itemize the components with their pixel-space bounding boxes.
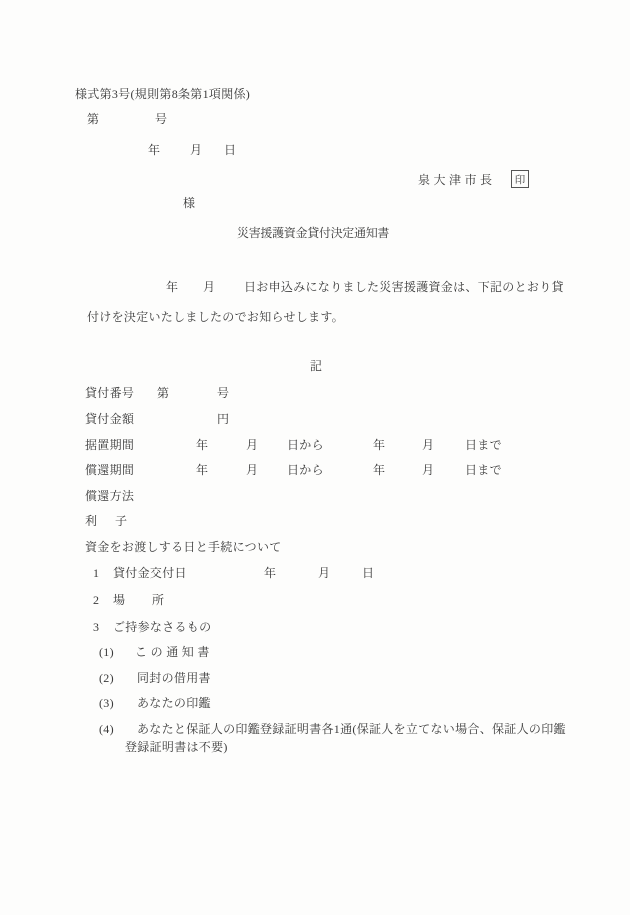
grace-from-month-label: 月	[246, 438, 258, 452]
issuer-mayor-name: 泉大津市長	[418, 173, 496, 187]
repayment-from-year-label: 年	[196, 463, 208, 477]
application-date-month-label: 月	[203, 280, 215, 294]
bring-item2-text: 同封の借用書	[137, 671, 211, 685]
grace-period-label: 据置期間	[85, 438, 134, 452]
document-title: 災害援護資金貸付決定通知書	[237, 226, 389, 240]
loan-amount-label: 貸付金額	[85, 412, 134, 426]
loan-number-suffix: 号	[217, 386, 229, 400]
bring-item4-text-line2: 登録証明書は不要)	[125, 740, 228, 754]
application-date-year-label: 年	[166, 280, 178, 294]
doc-number-prefix: 第	[87, 112, 99, 126]
procedure-item1-label: 貸付金交付日	[113, 566, 187, 580]
bring-item4-number: (4)	[99, 722, 114, 736]
procedure-item2-number: 2	[93, 593, 99, 607]
official-seal-mark: 印	[511, 170, 529, 188]
bring-item1-number: (1)	[99, 645, 114, 659]
repayment-to-day-label: 日まで	[465, 463, 502, 477]
repayment-to-year-label: 年	[373, 463, 385, 477]
delivery-date-day-label: 日	[362, 566, 374, 580]
interest-label-left: 利	[85, 514, 97, 528]
grace-from-day-label: 日から	[287, 438, 324, 452]
procedure-item3-label: ご持参なさるもの	[113, 620, 211, 634]
interest-label-right: 子	[115, 514, 127, 528]
procedure-item3-number: 3	[93, 620, 99, 634]
repayment-from-month-label: 月	[246, 463, 258, 477]
loan-number-label: 貸付番号	[85, 386, 134, 400]
grace-to-month-label: 月	[422, 438, 434, 452]
repayment-method-label: 償還方法	[85, 489, 134, 503]
body-paragraph-line1: 日お申込みになりました災害援護資金は、下記のとおり貸	[244, 280, 564, 294]
repayment-period-label: 償還期間	[85, 463, 134, 477]
bring-item3-number: (3)	[99, 696, 114, 710]
issue-date-year-label: 年	[148, 143, 160, 157]
issue-date-month-label: 月	[190, 143, 202, 157]
ki-section-heading: 記	[310, 359, 322, 373]
repayment-to-month-label: 月	[422, 463, 434, 477]
bring-item1-text: こ の 通 知 書	[135, 645, 210, 659]
procedure-item2-label-right: 所	[152, 593, 164, 607]
procedure-item2-label-left: 場	[113, 593, 125, 607]
loan-amount-yen-label: 円	[217, 412, 229, 426]
grace-to-day-label: 日まで	[465, 438, 502, 452]
doc-number-suffix: 号	[155, 112, 167, 126]
body-paragraph-line2: 付けを決定いたしましたのでお知らせします。	[87, 310, 344, 324]
loan-number-prefix: 第	[157, 386, 169, 400]
repayment-from-day-label: 日から	[287, 463, 324, 477]
document-page: 様式第3号(規則第8条第1項関係) 第 号 年 月 日 泉大津市長 印 様 災害…	[0, 0, 630, 915]
issue-date-day-label: 日	[224, 143, 236, 157]
bring-item2-number: (2)	[99, 671, 114, 685]
grace-to-year-label: 年	[373, 438, 385, 452]
procedure-heading: 資金をお渡しする日と手続について	[85, 540, 282, 554]
bring-item4-text-line1: あなたと保証人の印鑑登録証明書各1通(保証人を立てない場合、保証人の印鑑	[137, 722, 566, 736]
grace-from-year-label: 年	[196, 438, 208, 452]
delivery-date-month-label: 月	[318, 566, 330, 580]
delivery-date-year-label: 年	[264, 566, 276, 580]
procedure-item1-number: 1	[93, 566, 99, 580]
form-number-note: 様式第3号(規則第8条第1項関係)	[75, 87, 250, 101]
bring-item3-text: あなたの印鑑	[137, 696, 211, 710]
addressee-honorific: 様	[183, 196, 195, 210]
